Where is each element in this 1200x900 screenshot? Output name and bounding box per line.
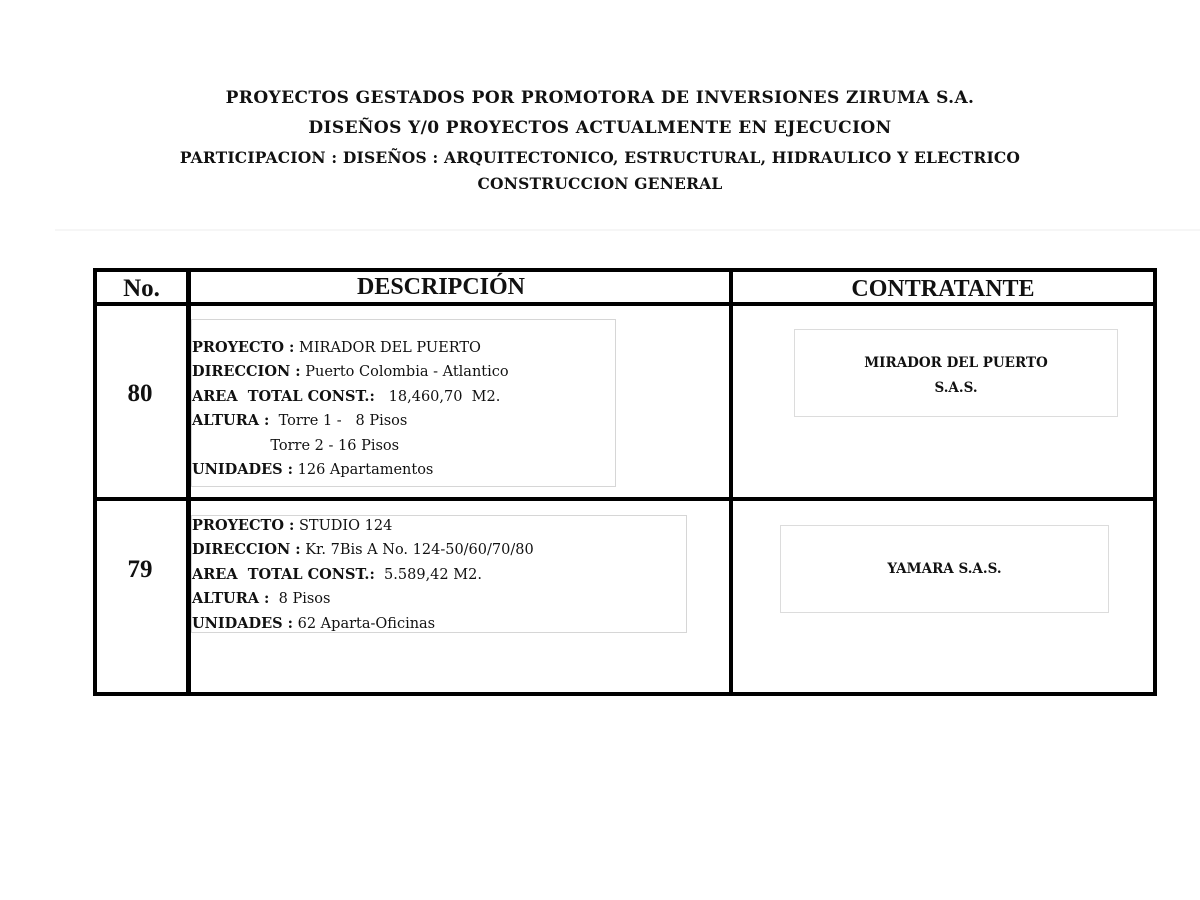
field-label: DIRECCION : — [192, 363, 301, 380]
field-value: 18,460,70 M2. — [375, 389, 501, 405]
document-title: PROYECTOS GESTADOS POR PROMOTORA DE INVE… — [0, 88, 1200, 108]
description-line: ALTURA : 8 Pisos — [192, 587, 686, 611]
client-suffix: S.A.S. — [795, 376, 1117, 401]
field-label: ALTURA : — [192, 590, 269, 607]
description-line: AREA TOTAL CONST.: 18,460,70 M2. — [192, 385, 615, 409]
table-border-left — [93, 268, 97, 696]
field-label: AREA TOTAL CONST.: — [192, 388, 375, 405]
description-line: UNIDADES : 126 Apartamentos — [192, 458, 615, 482]
field-value: 8 Pisos — [269, 591, 330, 607]
field-value: Kr. 7Bis A No. 124-50/60/70/80 — [301, 542, 534, 558]
participation-line: PARTICIPACION : DISEÑOS : ARQUITECTONICO… — [0, 148, 1200, 167]
field-value: STUDIO 124 — [294, 518, 392, 534]
description-line: PROYECTO : STUDIO 124 — [192, 514, 686, 538]
field-label: DIRECCION : — [192, 541, 301, 558]
field-value: Torre 2 - 16 Pisos — [192, 438, 399, 454]
description-line: PROYECTO : MIRADOR DEL PUERTO — [192, 336, 615, 360]
column-header-client: CONTRATANTE — [733, 274, 1153, 304]
field-value: 5.589,42 M2. — [375, 567, 482, 583]
project-description: PROYECTO : STUDIO 124DIRECCION : Kr. 7Bi… — [191, 515, 687, 633]
description-line: DIRECCION : Puerto Colombia - Atlantico — [192, 360, 615, 384]
row-divider — [93, 497, 1157, 501]
construction-line: CONSTRUCCION GENERAL — [0, 174, 1200, 193]
field-value: 126 Apartamentos — [293, 462, 433, 478]
table-border-right — [1153, 268, 1157, 696]
column-header-description: DESCRIPCIÓN — [191, 272, 691, 302]
field-label: UNIDADES : — [192, 615, 293, 632]
field-value: MIRADOR DEL PUERTO — [294, 340, 481, 356]
document-subtitle: DISEÑOS Y/0 PROYECTOS ACTUALMENTE EN EJE… — [0, 118, 1200, 138]
divider — [55, 229, 1200, 231]
description-line: Torre 2 - 16 Pisos — [192, 434, 615, 458]
field-label: PROYECTO : — [192, 517, 294, 534]
column-header-number: No. — [97, 274, 186, 304]
description-line: DIRECCION : Kr. 7Bis A No. 124-50/60/70/… — [192, 538, 686, 562]
row-number: 80 — [93, 380, 187, 408]
client-box: MIRADOR DEL PUERTO S.A.S. — [794, 329, 1118, 417]
description-line: UNIDADES : 62 Aparta-Oficinas — [192, 612, 686, 636]
client-box: YAMARA S.A.S. — [780, 525, 1109, 613]
field-value: Puerto Colombia - Atlantico — [301, 364, 509, 380]
client-name: YAMARA S.A.S. — [781, 559, 1108, 579]
column-divider-2 — [729, 268, 733, 696]
project-description: PROYECTO : MIRADOR DEL PUERTODIRECCION :… — [191, 319, 616, 487]
field-label: PROYECTO : — [192, 339, 294, 356]
field-value: Torre 1 - 8 Pisos — [269, 413, 407, 429]
field-label: ALTURA : — [192, 412, 269, 429]
description-line: ALTURA : Torre 1 - 8 Pisos — [192, 409, 615, 433]
table-border-bottom — [93, 692, 1157, 696]
field-label: AREA TOTAL CONST.: — [192, 566, 375, 583]
description-line: AREA TOTAL CONST.: 5.589,42 M2. — [192, 563, 686, 587]
row-number: 79 — [93, 556, 187, 584]
client-name: MIRADOR DEL PUERTO — [795, 351, 1117, 376]
projects-table: No. DESCRIPCIÓN CONTRATANTE 80 PROYECTO … — [93, 268, 1157, 696]
field-value: 62 Aparta-Oficinas — [293, 616, 435, 632]
field-label: UNIDADES : — [192, 461, 293, 478]
